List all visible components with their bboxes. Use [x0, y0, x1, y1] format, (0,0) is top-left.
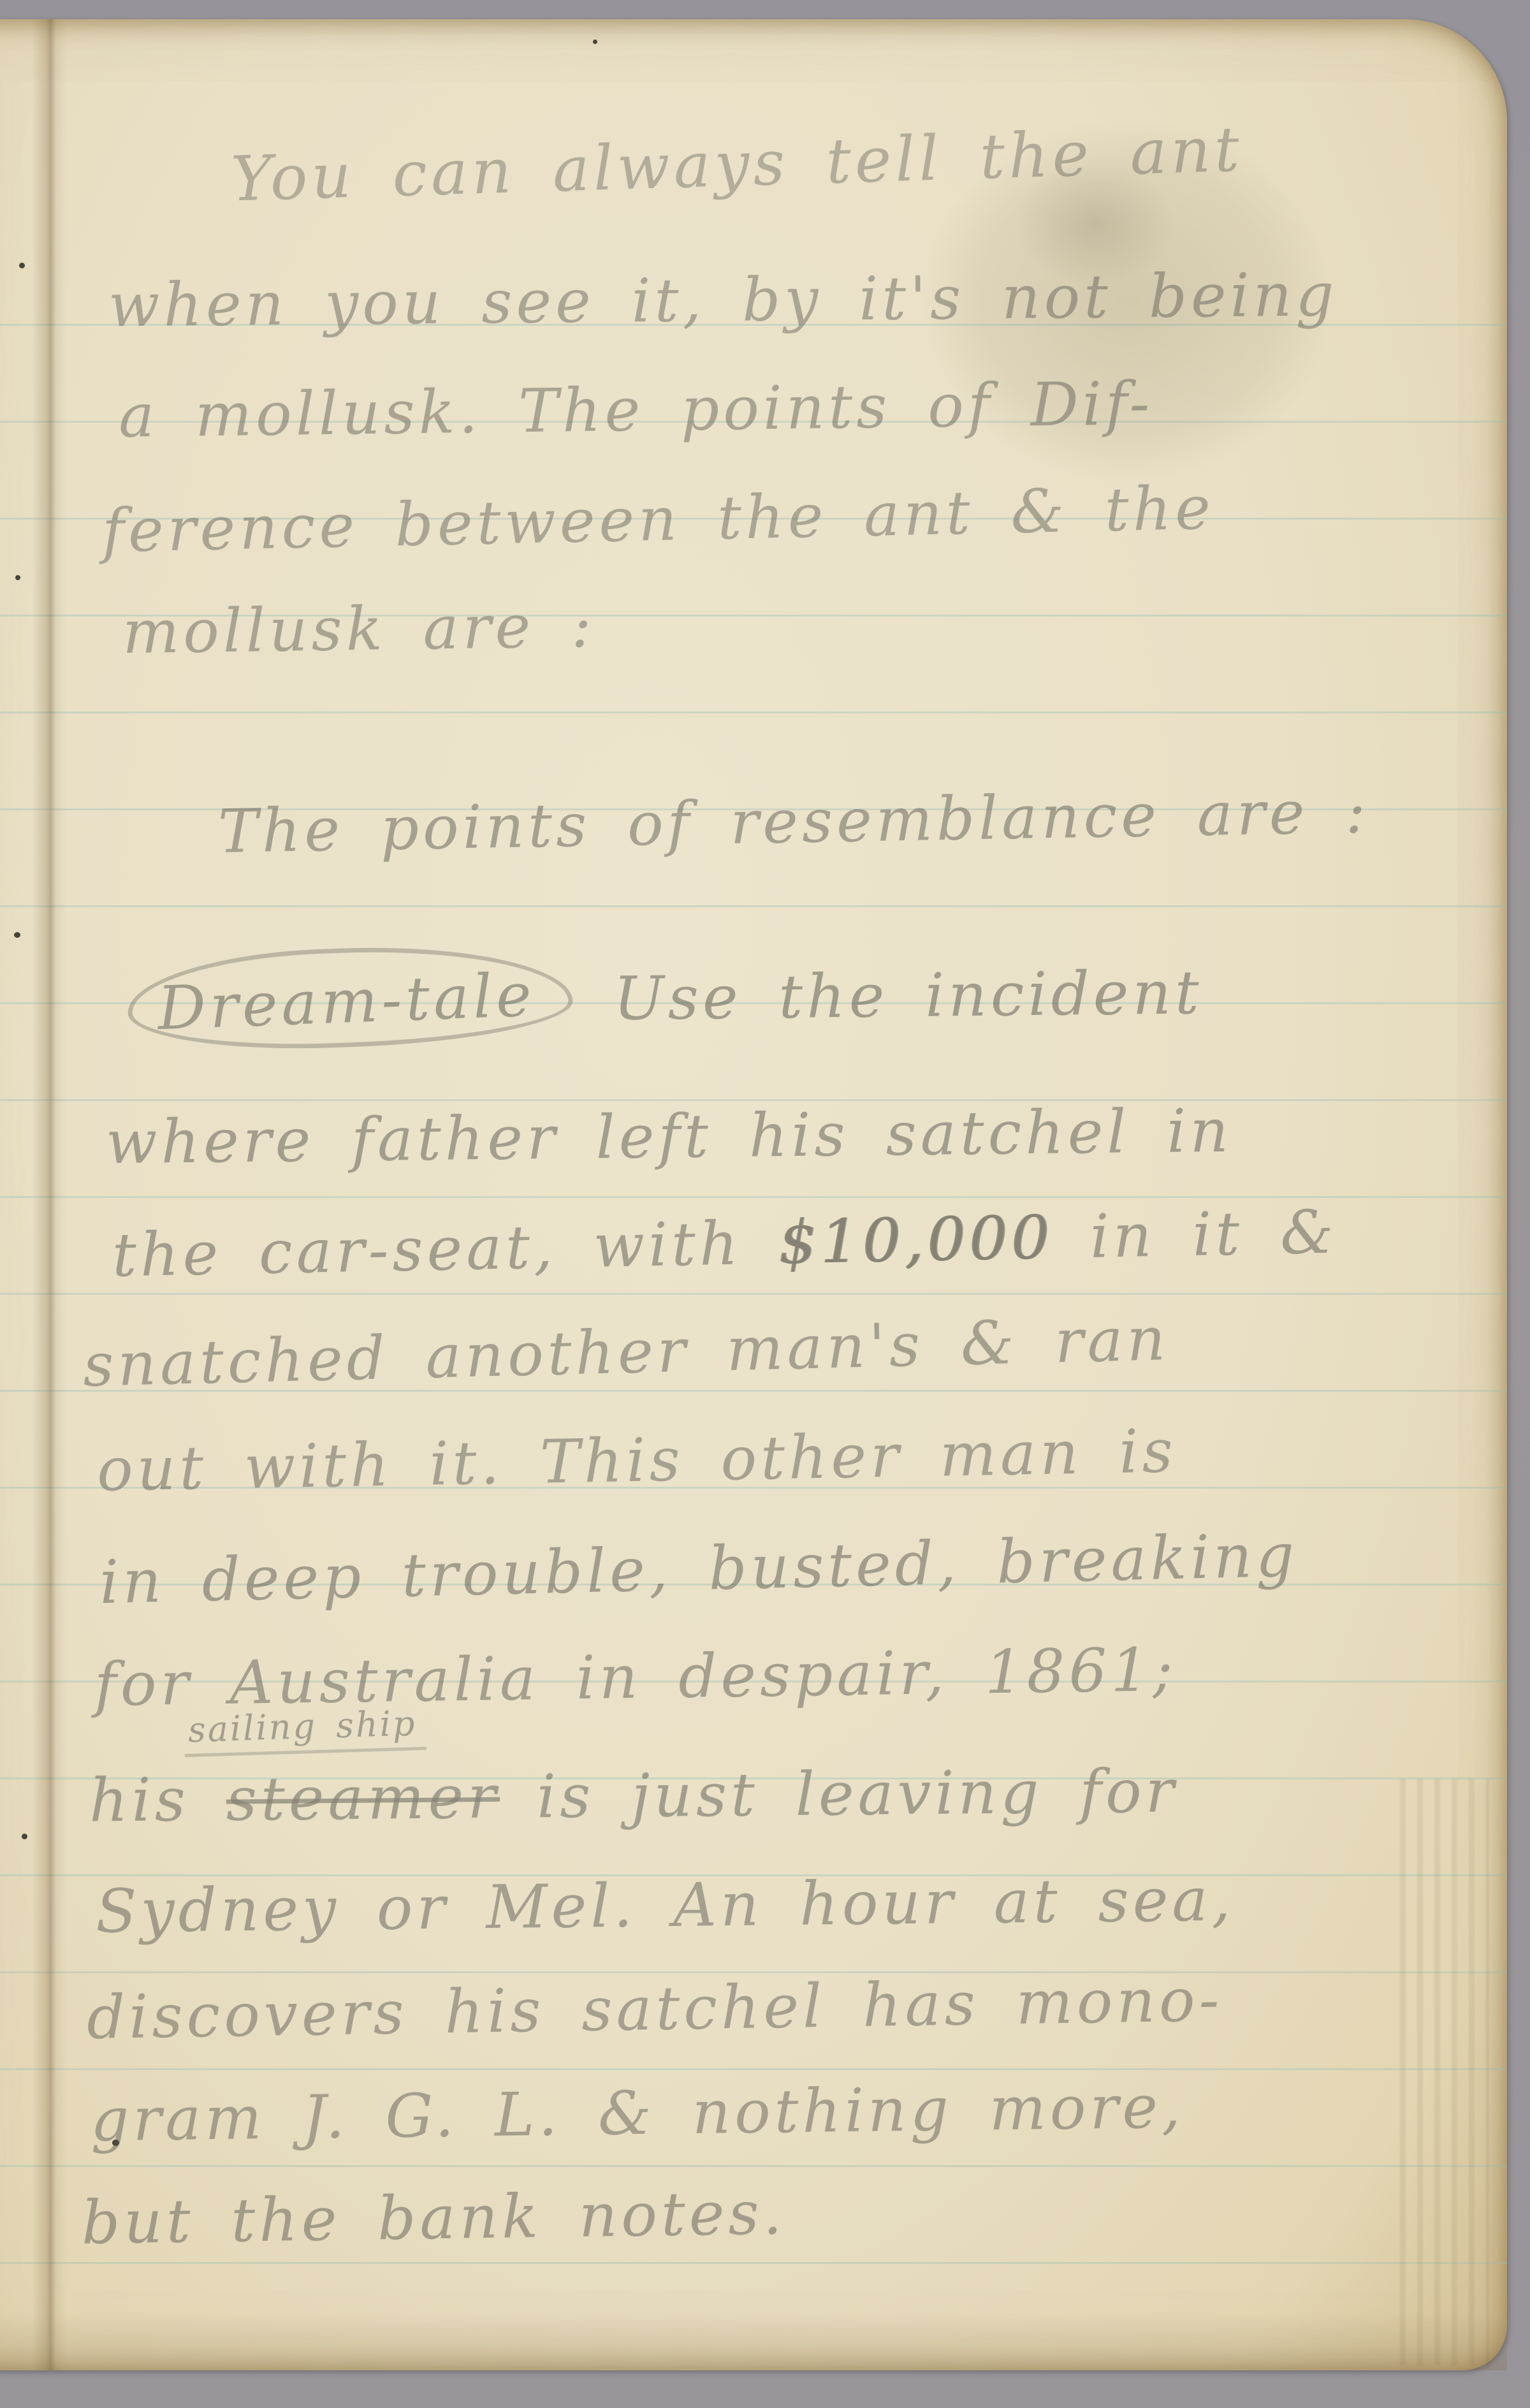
handwritten-line: for Australia in despair, 1861;: [94, 1637, 1177, 1718]
handwritten-line-correction: his steamer sailing ship is just leaving…: [89, 1759, 1178, 1834]
money-amount: $10,000: [778, 1203, 1054, 1278]
handwritten-text: Use the incident: [613, 958, 1203, 1034]
handwritten-line: but the bank notes.: [81, 2180, 786, 2256]
struck-word: steamer: [226, 1763, 500, 1835]
handwritten-line: snatched another man's & ran: [82, 1306, 1170, 1399]
handwritten-line: out with it. This other man is: [96, 1419, 1177, 1503]
handwritten-text: the car-seat, with: [112, 1209, 742, 1291]
handwritten-line: a mollusk. The points of Dif-: [118, 371, 1153, 449]
handwritten-line-money: the car-seat, with $10,000 in it &: [112, 1200, 1338, 1289]
handwritten-line: discovers his satchel has mono-: [86, 1967, 1223, 2051]
handwritten-text: his: [89, 1765, 190, 1835]
handwritten-line: You can always tell the ant: [230, 115, 1244, 214]
handwritten-text: is just leaving for: [537, 1757, 1178, 1832]
handwritten-line: mollusk are :: [122, 594, 595, 666]
handwriting-layer: You can always tell the ant when you see…: [0, 0, 1530, 2408]
inserted-words: sailing ship: [184, 1704, 426, 1758]
circled-story-title: Dream-tale: [126, 940, 574, 1055]
handwritten-line: ference between the ant & the: [101, 476, 1215, 565]
handwritten-line: where father left his satchel in: [106, 1098, 1233, 1176]
handwritten-line: in deep trouble, busted, breaking: [99, 1523, 1299, 1616]
scanned-notebook-photo: You can always tell the ant when you see…: [0, 0, 1530, 2408]
handwritten-line-dream-tale: Dream-taleUse the incident: [127, 939, 1203, 1049]
handwritten-text: in it &: [1089, 1198, 1338, 1272]
handwritten-line: gram J. G. L. & nothing more,: [90, 2075, 1184, 2154]
handwritten-line: Sydney or Mel. An hour at sea,: [96, 1867, 1235, 1945]
handwritten-line: when you see it, by it's not being: [108, 263, 1338, 339]
handwritten-line: The points of resemblance are :: [217, 779, 1369, 865]
